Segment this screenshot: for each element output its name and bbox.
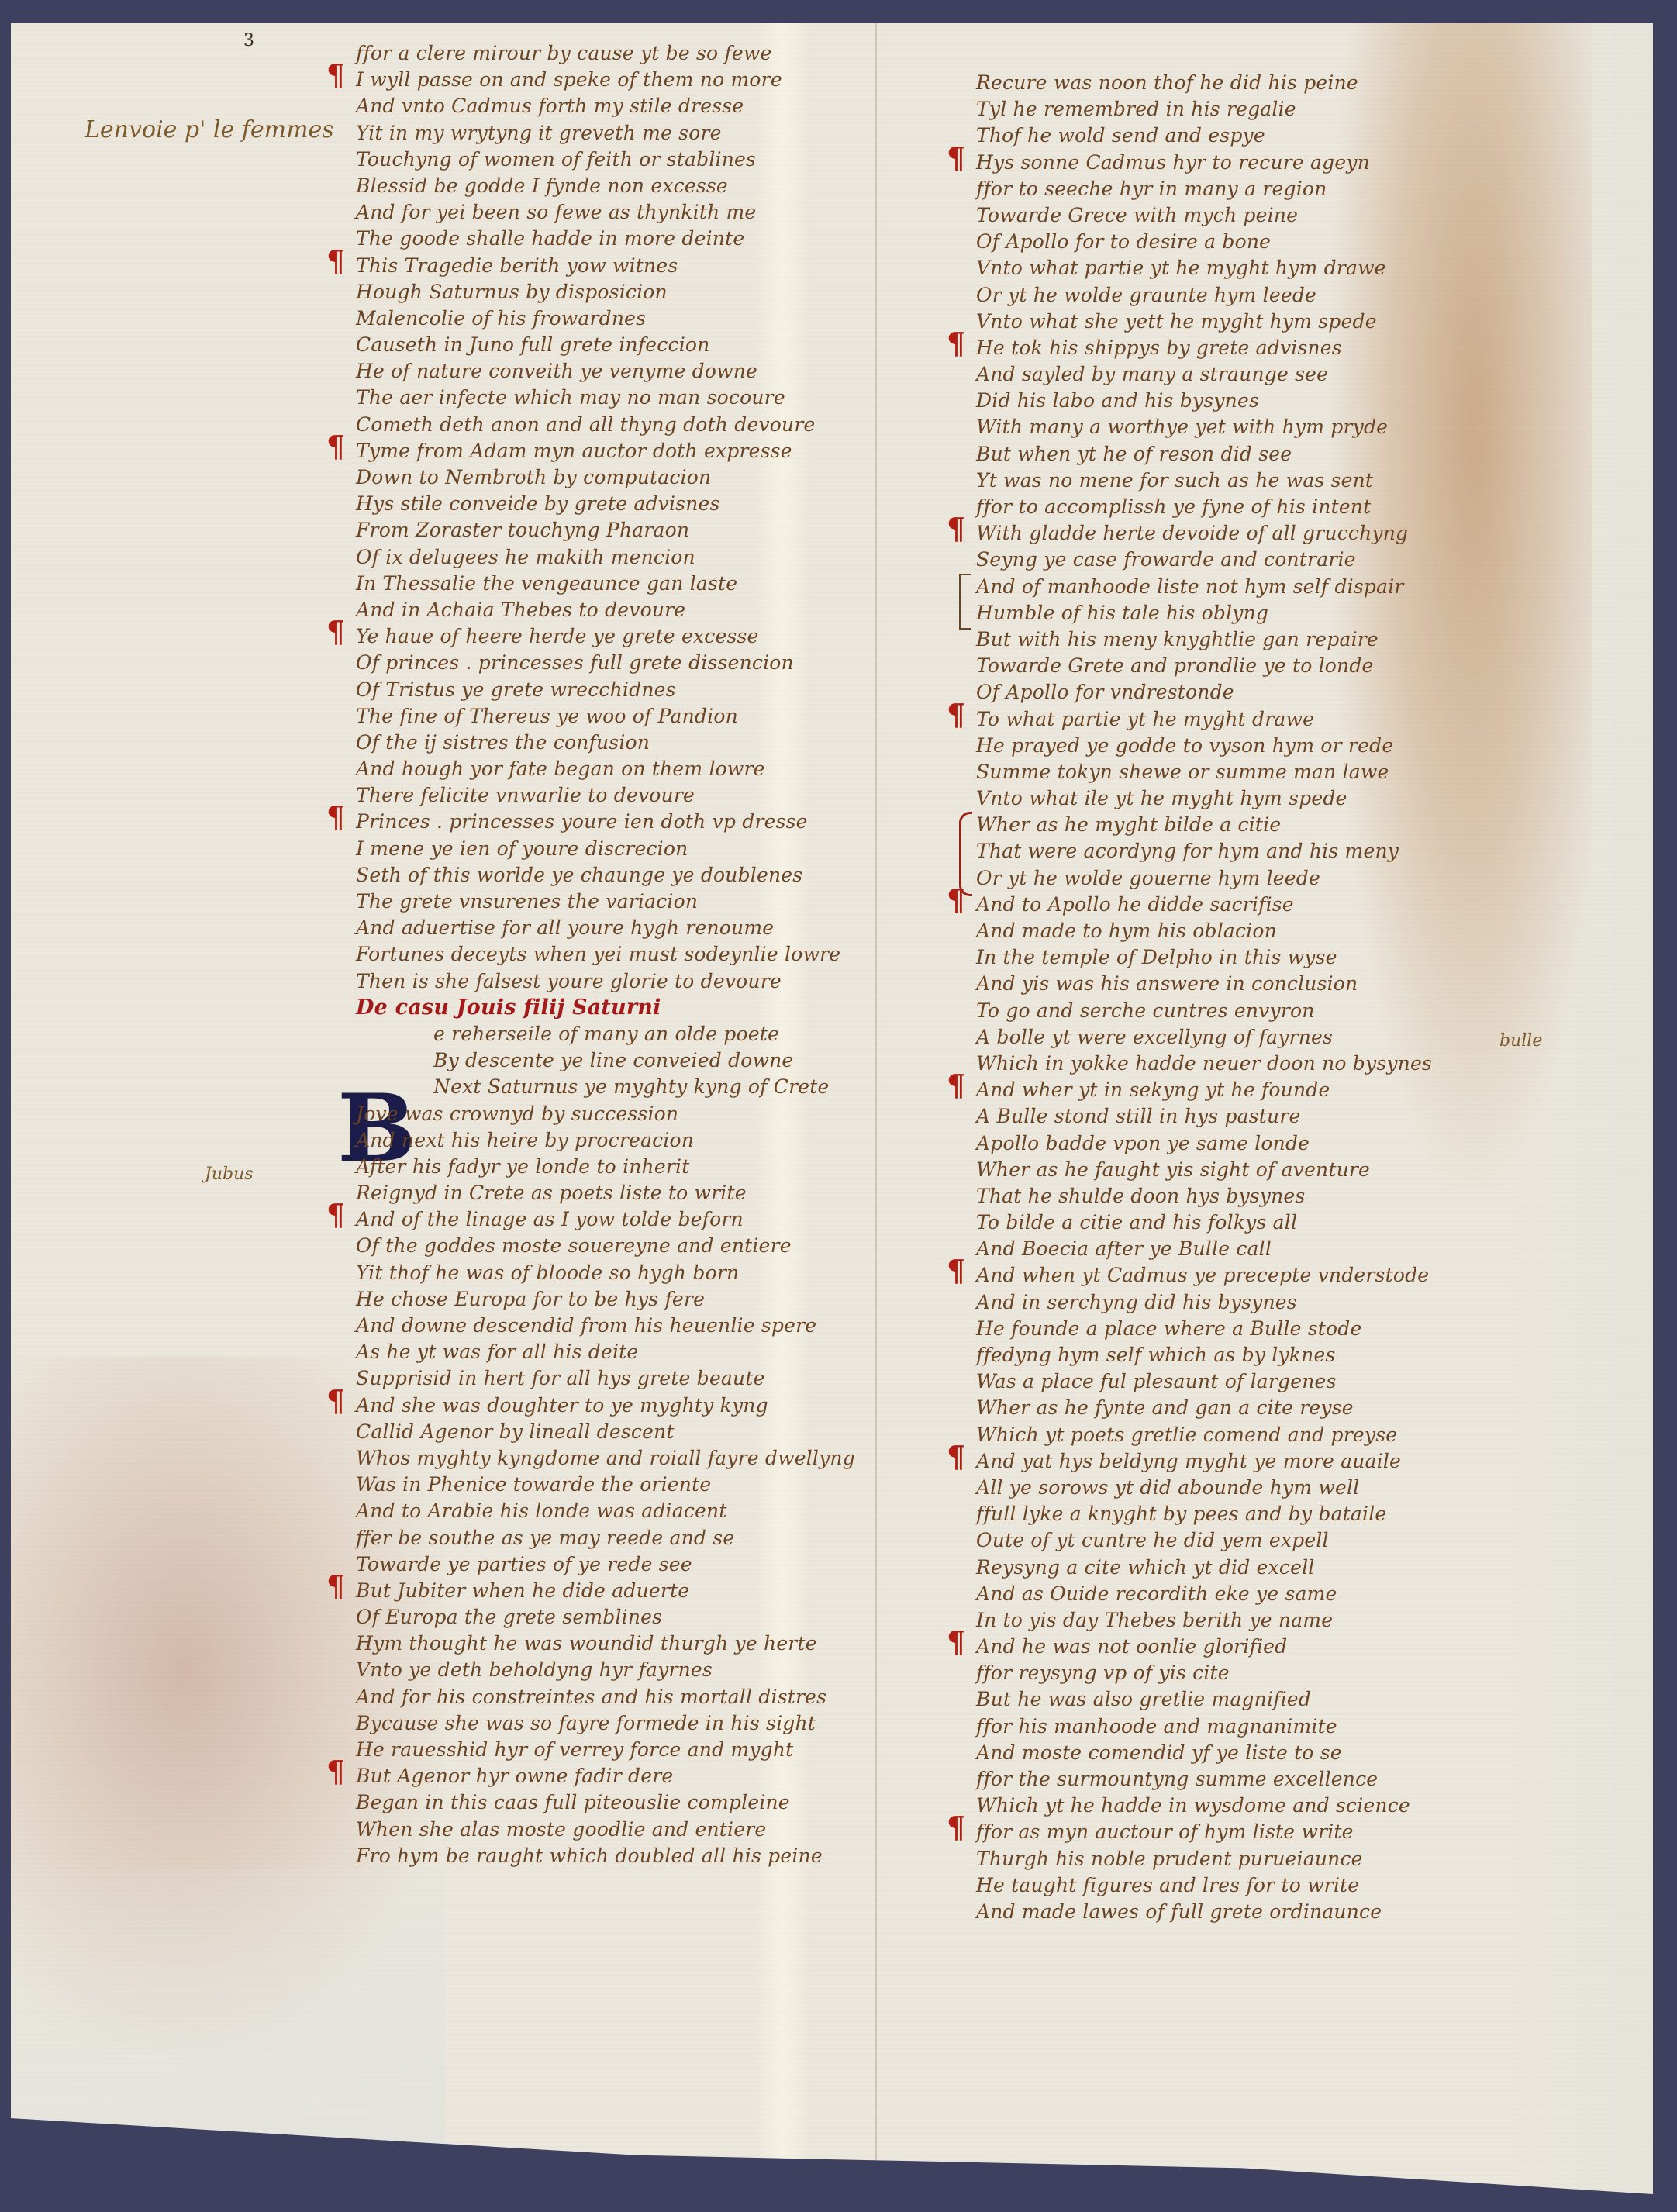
verse-text: The fine of Thereus ye woo of Pandion [356,705,738,727]
verse-line: Was in Phenice towarde the oriente [356,1472,883,1498]
verse-text: And as Ouide recordith eke ye same [976,1582,1337,1605]
verse-line: Touchyng of women of feith or stablines [356,147,883,173]
verse-text: ffor as myn auctour of hym liste write [976,1820,1354,1843]
verse-line: But when yt he of reson did see [976,441,1534,468]
rubric-heading: De casu Jouis filij Saturni [356,995,883,1021]
verse-text: Humble of his tale his oblyng [976,602,1268,624]
verse-line: Oute of yt cuntre he did yem expell [976,1527,1534,1554]
verse-text: He taught figures and lres for to write [976,1874,1359,1896]
verse-text: Hys stile conveide by grete advisnes [356,492,720,515]
verse-line: And made lawes of full grete ordinaunce [976,1899,1534,1925]
verse-line: He founde a place where a Bulle stode [976,1316,1534,1342]
verse-line: Of princes . princesses full grete disse… [356,650,883,676]
verse-text: Which yt he hadde in wysdome and science [976,1794,1410,1817]
verse-text: But when yt he of reson did see [976,443,1292,465]
pilcrow-icon: ¶ [947,1444,965,1470]
verse-text: Of Apollo for to desire a bone [976,230,1271,253]
verse-text: And for yei been so fewe as thynkith me [356,201,756,223]
verse-line: Blessid be godde I fynde non excesse [356,173,883,199]
verse-text: Of the ij sistres the confusion [356,731,650,754]
verse-text: And yis was his answere in conclusion [976,972,1358,995]
verse-text: All ye sorows yt did abounde hym well [976,1476,1359,1499]
verse-text: Vnto what partie yt he myght hym drawe [976,257,1386,279]
verse-text: In Thessalie the vengeaunce gan laste [356,572,737,595]
verse-line: Of Europa the grete semblines [356,1604,883,1631]
verse-line: With many a worthye yet with hym pryde [976,414,1534,440]
verse-line: Apollo badde vpon ye same londe [976,1130,1534,1157]
verse-line: He chose Europa for to be hys fere [356,1286,883,1313]
verse-line: And for yei been so fewe as thynkith me [356,199,883,226]
verse-line: And to Arabie his londe was adiacent [356,1498,883,1524]
right-text-column: Recure was noon thof he did his peineTyl… [976,70,1534,1925]
verse-line: Of ix delugees he makith mencion [356,544,883,571]
pilcrow-icon: ¶ [326,1758,345,1785]
verse-text: ffer be southe as ye may reede and se [356,1527,734,1549]
verse-line: And made to hym his oblacion [976,918,1534,944]
pilcrow-icon: ¶ [326,619,345,645]
verse-text: And she was doughter to ye myghty kyng [356,1394,768,1417]
verse-text: To bilde a citie and his folkys all [976,1211,1297,1234]
verse-text: And wher yt in sekyng yt he founde [976,1078,1330,1101]
verse-text: Cometh deth anon and all thyng doth devo… [356,413,815,436]
verse-line: Vnto what partie yt he myght hym drawe [976,255,1534,281]
verse-line: Malencolie of his frowardnes [356,305,883,332]
verse-line: ¶I wyll passe on and speke of them no mo… [356,67,883,93]
verse-line: Towarde Grete and prondlie ye to londe [976,653,1534,679]
verse-line: Reignyd in Crete as poets liste to write [356,1180,883,1206]
verse-text: Hys sonne Cadmus hyr to recure ageyn [976,151,1370,174]
verse-line: As he yt was for all his deite [356,1339,883,1365]
verse-text: Malencolie of his frowardnes [356,307,646,330]
verse-text: Or yt he wolde gouerne hym leede [976,867,1320,889]
verse-line: He of nature conveith ye venyme downe [356,358,883,385]
verse-text: Apollo badde vpon ye same londe [976,1132,1310,1154]
verse-text: And yat hys beldyng myght ye more auaile [976,1450,1401,1472]
verse-line: Of Tristus ye grete wrecchidnes [356,677,883,703]
verse-line: I mene ye ien of youre discrecion [356,836,883,862]
verse-text: The grete vnsurenes the variacion [356,890,698,913]
verse-line: But with his meny knyghtlie gan repaire [976,626,1534,653]
verse-line: ffer be southe as ye may reede and se [356,1525,883,1551]
verse-line: And for his constreintes and his mortall… [356,1684,883,1710]
verse-text: Ye haue of heere herde ye grete excesse [356,625,759,647]
verse-line: Was a place ful plesaunt of largenes [976,1368,1534,1395]
verse-text: Oute of yt cuntre he did yem expell [976,1529,1329,1551]
verse-text: Of Europa the grete semblines [356,1606,662,1628]
verse-text: Wher as he fynte and gan a cite reyse [976,1396,1354,1419]
verse-text: Touchyng of women of feith or stablines [356,148,756,171]
verse-text: Was a place ful plesaunt of largenes [976,1370,1337,1392]
verse-line: Vnto ye deth beholdyng hyr fayrnes [356,1657,883,1683]
verse-line: And downe descendid from his heuenlie sp… [356,1313,883,1339]
verse-line: e reherseile of many an olde poete [356,1021,883,1047]
pilcrow-icon: ¶ [326,804,345,830]
verse-text: Of Tristus ye grete wrecchidnes [356,678,676,701]
verse-line: And of manhoode liste not hym self dispa… [976,574,1534,600]
verse-line: Of the ij sistres the confusion [356,730,883,756]
verse-text: Callid Agenor by lineall descent [356,1420,675,1443]
verse-line: Which in yokke hadde neuer doon no bysyn… [976,1051,1534,1077]
verse-text: But he was also gretlie magnified [976,1688,1311,1710]
verse-line: Thof he wold send and espye [976,123,1534,149]
verse-text: ffor reysyng vp of yis cite [976,1662,1230,1684]
verse-line: ¶And when yt Cadmus ye precepte vndersto… [976,1262,1534,1289]
verse-line: ¶And she was doughter to ye myghty kyng [356,1392,883,1419]
verse-line: In to yis day Thebes berith ye name [976,1607,1534,1634]
verse-text: ffor to accomplissh ye fyne of his inten… [976,495,1371,518]
verse-text: Which in yokke hadde neuer doon no bysyn… [976,1052,1432,1075]
pilcrow-icon: ¶ [326,1388,345,1414]
verse-line: And aduertise for all youre hygh renoume [356,915,883,941]
verse-line: That he shulde doon hys bysynes [976,1183,1534,1210]
verse-text: Hough Saturnus by disposicion [356,281,668,303]
verse-line: To go and serche cuntres envyron [976,998,1534,1024]
verse-text: When she alas moste goodlie and entiere [356,1818,766,1841]
verse-line: ¶Tyme from Adam myn auctor doth expresse [356,438,883,464]
verse-line: ffull lyke a knyght by pees and by batai… [976,1501,1534,1527]
verse-text: Reignyd in Crete as poets liste to write [356,1182,747,1204]
verse-line: ¶But Jubiter when he dide aduerte [356,1578,883,1604]
verse-line: Humble of his tale his oblyng [976,600,1534,626]
verse-text: Summe tokyn shewe or summe man lawe [976,761,1389,783]
verse-text: He founde a place where a Bulle stode [976,1317,1361,1340]
verse-text: And when yt Cadmus ye precepte vnderstod… [976,1264,1429,1286]
verse-text: And for his constreintes and his mortall… [356,1686,826,1708]
verse-line: The fine of Thereus ye woo of Pandion [356,703,883,730]
verse-text: Yit in my wrytyng it greveth me sore [356,122,722,144]
verse-text: Or yt he wolde graunte hym leede [976,284,1316,306]
verse-line: Fortunes deceyts when yei must sodeynlie… [356,941,883,968]
verse-line: From Zoraster touchyng Pharaon [356,517,883,544]
verse-text: And he was not oonlie glorified [976,1635,1287,1658]
verse-text: Then is she falsest youre glorie to devo… [356,970,782,992]
verse-text: Yt was no mene for such as he was sent [976,469,1373,492]
verse-text: Supprisid in hert for all hys grete beau… [356,1367,764,1389]
verse-line: Which yt he hadde in wysdome and science [976,1793,1534,1819]
verse-text: And in serchyng did his bysynes [976,1291,1297,1313]
verse-line: By descente ye line conveied downe [356,1047,883,1074]
verse-line: Wher as he faught yis sight of aventure [976,1157,1534,1183]
verse-text: And to Apollo he didde sacrifise [976,893,1294,916]
pilcrow-icon: ¶ [326,1202,345,1228]
verse-text: Whos myghty kyngdome and roiall fayre dw… [356,1447,855,1469]
verse-line: Towarde Grece with mych peine [976,202,1534,229]
verse-text: And vnto Cadmus forth my stile dresse [356,95,744,117]
verse-line: In the temple of Delpho in this wyse [976,944,1534,971]
verse-text: This Tragedie berith yow witnes [356,254,678,277]
verse-text: Blessid be godde I fynde non excesse [356,174,728,197]
pilcrow-icon: ¶ [326,62,345,88]
verse-text: The goode shalle hadde in more deinte [356,227,744,250]
verse-line: ¶With gladde herte devoide of all grucch… [976,520,1534,547]
verse-line: Began in this caas full piteouslie compl… [356,1789,883,1816]
verse-text: To what partie yt he myght drawe [976,708,1314,730]
pilcrow-icon: ¶ [326,433,345,460]
verse-text: Fro hym be raught which doubled all his … [356,1844,823,1867]
verse-line: Next Saturnus ye myghty kyng of Crete [356,1074,883,1100]
verse-text: And aduertise for all youre hygh renoume [356,916,774,939]
verse-line: Then is she falsest youre glorie to devo… [356,968,883,995]
verse-text: With many a worthye yet with hym pryde [976,416,1388,438]
verse-text: Jove was crownyd by succession [356,1103,678,1125]
verse-line: ffor to accomplissh ye fyne of his inten… [976,494,1534,520]
verse-line: Of the goddes moste souereyne and entier… [356,1233,883,1259]
verse-text: But with his meny knyghtlie gan repaire [976,628,1379,650]
verse-text: e reherseile of many an olde poete [433,1023,779,1045]
verse-line: Recure was noon thof he did his peine [976,70,1534,96]
verse-line: ffor reysyng vp of yis cite [976,1660,1534,1686]
bottom-left-wear [11,1869,445,2194]
verse-text: Began in this caas full piteouslie compl… [356,1791,790,1813]
verse-line: Tyl he remembred in his regalie [976,96,1534,123]
verse-line: ¶And yat hys beldyng myght ye more auail… [976,1448,1534,1475]
pilcrow-icon: ¶ [947,1814,965,1841]
verse-line: Seyng ye case frowarde and contrarie [976,547,1534,573]
verse-text: That were acordyng for hym and his meny [976,840,1399,862]
verse-text: And moste comendid yf ye liste to se [976,1741,1342,1764]
verse-text: There felicite vnwarlie to devoure [356,784,695,806]
verse-text: Of ix delugees he makith mencion [356,546,695,568]
verse-text: But Jubiter when he dide aduerte [356,1579,689,1602]
verse-line: Bycause she was so fayre formede in his … [356,1710,883,1737]
verse-line: Down to Nembroth by computacion [356,464,883,491]
verse-line: Cometh deth anon and all thyng doth devo… [356,412,883,438]
verse-text: Hym thought he was woundid thurgh ye her… [356,1632,817,1655]
verse-line: ¶ffor as myn auctour of hym liste write [976,1819,1534,1845]
verse-text: Next Saturnus ye myghty kyng of Crete [433,1075,829,1098]
verse-text: Vnto ye deth beholdyng hyr fayrnes [356,1658,713,1681]
verse-text: And downe descendid from his heuenlie sp… [356,1314,816,1337]
verse-text: Of Apollo for vndrestonde [976,681,1234,703]
verse-line: He prayed ye godde to vyson hym or rede [976,733,1534,759]
verse-line: Seth of this worlde ye chaunge ye double… [356,862,883,889]
verse-text: He prayed ye godde to vyson hym or rede [976,734,1393,757]
verse-line: Hys stile conveide by grete advisnes [356,491,883,517]
verse-line: The goode shalle hadde in more deinte [356,226,883,252]
verse-line: Or yt he wolde graunte hym leede [976,282,1534,309]
verse-text: And of manhoode liste not hym self dispa… [976,575,1404,598]
verse-text: In to yis day Thebes berith ye name [976,1609,1333,1631]
verse-line: Which yt poets gretlie comend and preyse [976,1422,1534,1448]
pilcrow-icon: ¶ [947,887,965,913]
verse-text: ffor the surmountyng summe excellence [976,1768,1378,1790]
verse-line: ¶And to Apollo he didde sacrifise [976,892,1534,918]
verse-line: Supprisid in hert for all hys grete beau… [356,1365,883,1392]
verse-line: After his fadyr ye londe to inherit [356,1154,883,1180]
verse-text: And made to hym his oblacion [976,920,1277,942]
verse-line: And Boecia after ye Bulle call [976,1236,1534,1262]
verse-line: ¶And wher yt in sekyng yt he founde [976,1077,1534,1103]
verse-line: ffedyng hym self which as by lyknes [976,1342,1534,1368]
verse-text: Wher as he myght bilde a citie [976,813,1281,836]
verse-text: Bycause she was so fayre formede in his … [356,1712,816,1734]
verse-text: Of the goddes moste souereyne and entier… [356,1234,792,1257]
verse-text: He of nature conveith ye venyme downe [356,360,757,382]
verse-text: Wher as he faught yis sight of aventure [976,1158,1370,1181]
verse-text: I mene ye ien of youre discrecion [356,837,688,860]
pilcrow-icon: ¶ [947,145,965,171]
verse-line: And next his heire by procreacion [356,1127,883,1154]
verse-line: Yit in my wrytyng it greveth me sore [356,120,883,147]
verse-text: Was in Phenice towarde the oriente [356,1473,711,1496]
verse-text: Tyl he remembred in his regalie [976,98,1296,120]
verse-text: Towarde ye parties of ye rede see [356,1553,692,1575]
pilcrow-icon: ¶ [947,330,965,357]
verse-text: Recure was noon thof he did his peine [976,71,1358,94]
verse-text: Yit thof he was of bloode so hygh born [356,1261,739,1284]
verse-text: And next his heire by procreacion [356,1129,694,1151]
verse-text: Of princes . princesses full grete disse… [356,651,794,674]
verse-line: Hym thought he was woundid thurgh ye her… [356,1631,883,1657]
verse-text: Towarde Grece with mych peine [976,204,1298,226]
pilcrow-icon: ¶ [947,702,965,728]
pilcrow-icon: ¶ [326,1573,345,1599]
verse-line: Vnto what ile yt he myght hym spede [976,785,1534,812]
verse-line: Whos myghty kyngdome and roiall fayre dw… [356,1445,883,1472]
verse-line: ffor the surmountyng summe excellence [976,1766,1534,1793]
verse-text: And Boecia after ye Bulle call [976,1237,1272,1260]
verse-line: He rauesshid hyr of verrey force and myg… [356,1737,883,1763]
pilcrow-icon: ¶ [947,1629,965,1655]
verse-line: Wher as he fynte and gan a cite reyse [976,1395,1534,1421]
verse-line: Wher as he myght bilde a citie [976,812,1534,838]
verse-line: Hough Saturnus by disposicion [356,279,883,305]
verse-line: Or yt he wolde gouerne hym leede [976,865,1534,892]
verse-line: Reysyng a cite which yt did excell [976,1555,1534,1581]
verse-text: ffedyng hym self which as by lyknes [976,1344,1335,1366]
verse-line: ffor his manhoode and magnanimite [976,1713,1534,1740]
verse-text: And hough yor fate began on them lowre [356,757,765,780]
pilcrow-icon: ¶ [947,516,965,542]
verse-text: ffor to seeche hyr in many a region [976,178,1327,200]
verse-line: All ye sorows yt did abounde hym well [976,1475,1534,1501]
verse-line: And vnto Cadmus forth my stile dresse [356,93,883,119]
left-text-column: B ffor a clere mirour by cause yt be so … [356,40,883,1869]
verse-line: And hough yor fate began on them lowre [356,756,883,782]
verse-line: To bilde a citie and his folkys all [976,1210,1534,1236]
verse-line: Causeth in Juno full grete infeccion [356,332,883,358]
verse-line: When she alas moste goodlie and entiere [356,1817,883,1843]
verse-text: ffor a clere mirour by cause yt be so fe… [356,42,771,64]
verse-line: Of Apollo for vndrestonde [976,679,1534,706]
verse-line: Vnto what she yett he myght hym spede [976,309,1534,335]
verse-line: ffor to seeche hyr in many a region [976,176,1534,202]
verse-line: A Bulle stond still in hys pasture [976,1103,1534,1130]
rubric-text: De casu Jouis filij Saturni [356,996,661,1020]
verse-text: Down to Nembroth by computacion [356,466,711,488]
manuscript-page: 3 Lenvoie p' le femmes Jubus bulle B ffo… [11,23,1653,2194]
verse-line: ¶But Agenor hyr owne fadir dere [356,1763,883,1789]
verse-text: Fortunes deceyts when yei must sodeynlie… [356,943,840,965]
verse-text: Vnto what she yett he myght hym spede [976,310,1377,333]
verse-text: He tok his shippys by grete advisnes [976,336,1342,359]
verse-text: With gladde herte devoide of all grucchy… [976,522,1408,544]
verse-line: ¶And of the linage as I yow tolde beforn [356,1206,883,1233]
verse-line: There felicite vnwarlie to devoure [356,782,883,809]
verse-text: And in Achaia Thebes to devoure [356,599,685,621]
verse-text: Causeth in Juno full grete infeccion [356,333,709,356]
verse-line: ¶This Tragedie berith yow witnes [356,253,883,279]
verse-text: ffull lyke a knyght by pees and by batai… [976,1503,1386,1525]
verse-line: And as Ouide recordith eke ye same [976,1581,1534,1607]
verse-line: Yit thof he was of bloode so hygh born [356,1260,883,1286]
verse-text: To go and serche cuntres envyron [976,999,1315,1022]
verse-text: Vnto what ile yt he myght hym spede [976,787,1347,809]
verse-text: That he shulde doon hys bysynes [976,1185,1305,1207]
verse-text: From Zoraster touchyng Pharaon [356,519,689,541]
verse-text: As he yt was for all his deite [356,1341,638,1363]
folio-mark: 3 [243,31,254,50]
verse-line: Did his labo and his bysynes [976,388,1534,414]
verse-bracket [959,574,971,630]
pilcrow-icon: ¶ [947,1258,965,1284]
pilcrow-icon: ¶ [947,1072,965,1099]
verse-line: ¶Hys sonne Cadmus hyr to recure ageyn [976,150,1534,176]
verse-text: By descente ye line conveied downe [433,1049,793,1071]
verse-line: Fro hym be raught which doubled all his … [356,1843,883,1869]
verse-text: And made lawes of full grete ordinaunce [976,1900,1382,1923]
pilcrow-icon: ¶ [326,248,345,274]
verse-line: The grete vnsurenes the variacion [356,889,883,915]
verse-line: And yis was his answere in conclusion [976,971,1534,997]
verse-text: Seth of this worlde ye chaunge ye double… [356,864,802,886]
verse-line: Jove was crownyd by succession [356,1101,883,1127]
verse-line: Yt was no mene for such as he was sent [976,468,1534,494]
verse-line: Of Apollo for to desire a bone [976,229,1534,255]
verse-text: Which yt poets gretlie comend and preyse [976,1423,1397,1446]
verse-line: He taught figures and lres for to write [976,1872,1534,1899]
verse-text: Thof he wold send and espye [976,124,1265,147]
verse-line: ¶Ye haue of heere herde ye grete excesse [356,623,883,650]
verse-line: Summe tokyn shewe or summe man lawe [976,759,1534,785]
verse-line: Thurgh his noble prudent purueiaunce [976,1846,1534,1872]
verse-text: He rauesshid hyr of verrey force and myg… [356,1738,793,1761]
verse-text: After his fadyr ye londe to inherit [356,1155,689,1178]
verse-line: ¶To what partie yt he myght drawe [976,706,1534,733]
verse-text: And of the linage as I yow tolde beforn [356,1208,744,1230]
verse-text: ffor his manhoode and magnanimite [976,1715,1337,1738]
verse-text: Thurgh his noble prudent purueiaunce [976,1848,1363,1870]
verse-text: I wyll passe on and speke of them no mor… [356,68,782,91]
margin-note-jubus: Jubus [205,1165,254,1184]
verse-line: Callid Agenor by lineall descent [356,1419,883,1445]
verse-text: And to Arabie his londe was adiacent [356,1499,727,1522]
verse-line: A bolle yt were excellyng of fayrnes [976,1024,1534,1051]
verse-text: And sayled by many a straunge see [976,363,1328,385]
verse-text: Did his labo and his bysynes [976,389,1259,412]
verse-text: Reysyng a cite which yt did excell [976,1556,1314,1579]
verse-text: Seyng ye case frowarde and contrarie [976,548,1356,571]
verse-line: And moste comendid yf ye liste to se [976,1740,1534,1766]
verse-line: And in serchyng did his bysynes [976,1289,1534,1316]
verse-line: ¶And he was not oonlie glorified [976,1634,1534,1660]
verse-line: ¶Princes . princesses youre ien doth vp … [356,809,883,835]
verse-text: The aer infecte which may no man socoure [356,386,785,409]
verse-line: ¶He tok his shippys by grete advisnes [976,335,1534,361]
margin-note-lenvoie: Lenvoie p' le femmes [85,116,334,143]
verse-line: That were acordyng for hym and his meny [976,838,1534,864]
verse-line: And in Achaia Thebes to devoure [356,597,883,623]
verse-line: The aer infecte which may no man socoure [356,385,883,411]
verse-text: A Bulle stond still in hys pasture [976,1105,1300,1127]
verse-line: But he was also gretlie magnified [976,1686,1534,1713]
verse-text: In the temple of Delpho in this wyse [976,946,1337,968]
verse-text: He chose Europa for to be hys fere [356,1288,705,1310]
verse-line: Towarde ye parties of ye rede see [356,1551,883,1578]
verse-text: But Agenor hyr owne fadir dere [356,1765,673,1787]
verse-line: In Thessalie the vengeaunce gan laste [356,571,883,597]
verse-text: Tyme from Adam myn auctor doth expresse [356,440,792,462]
